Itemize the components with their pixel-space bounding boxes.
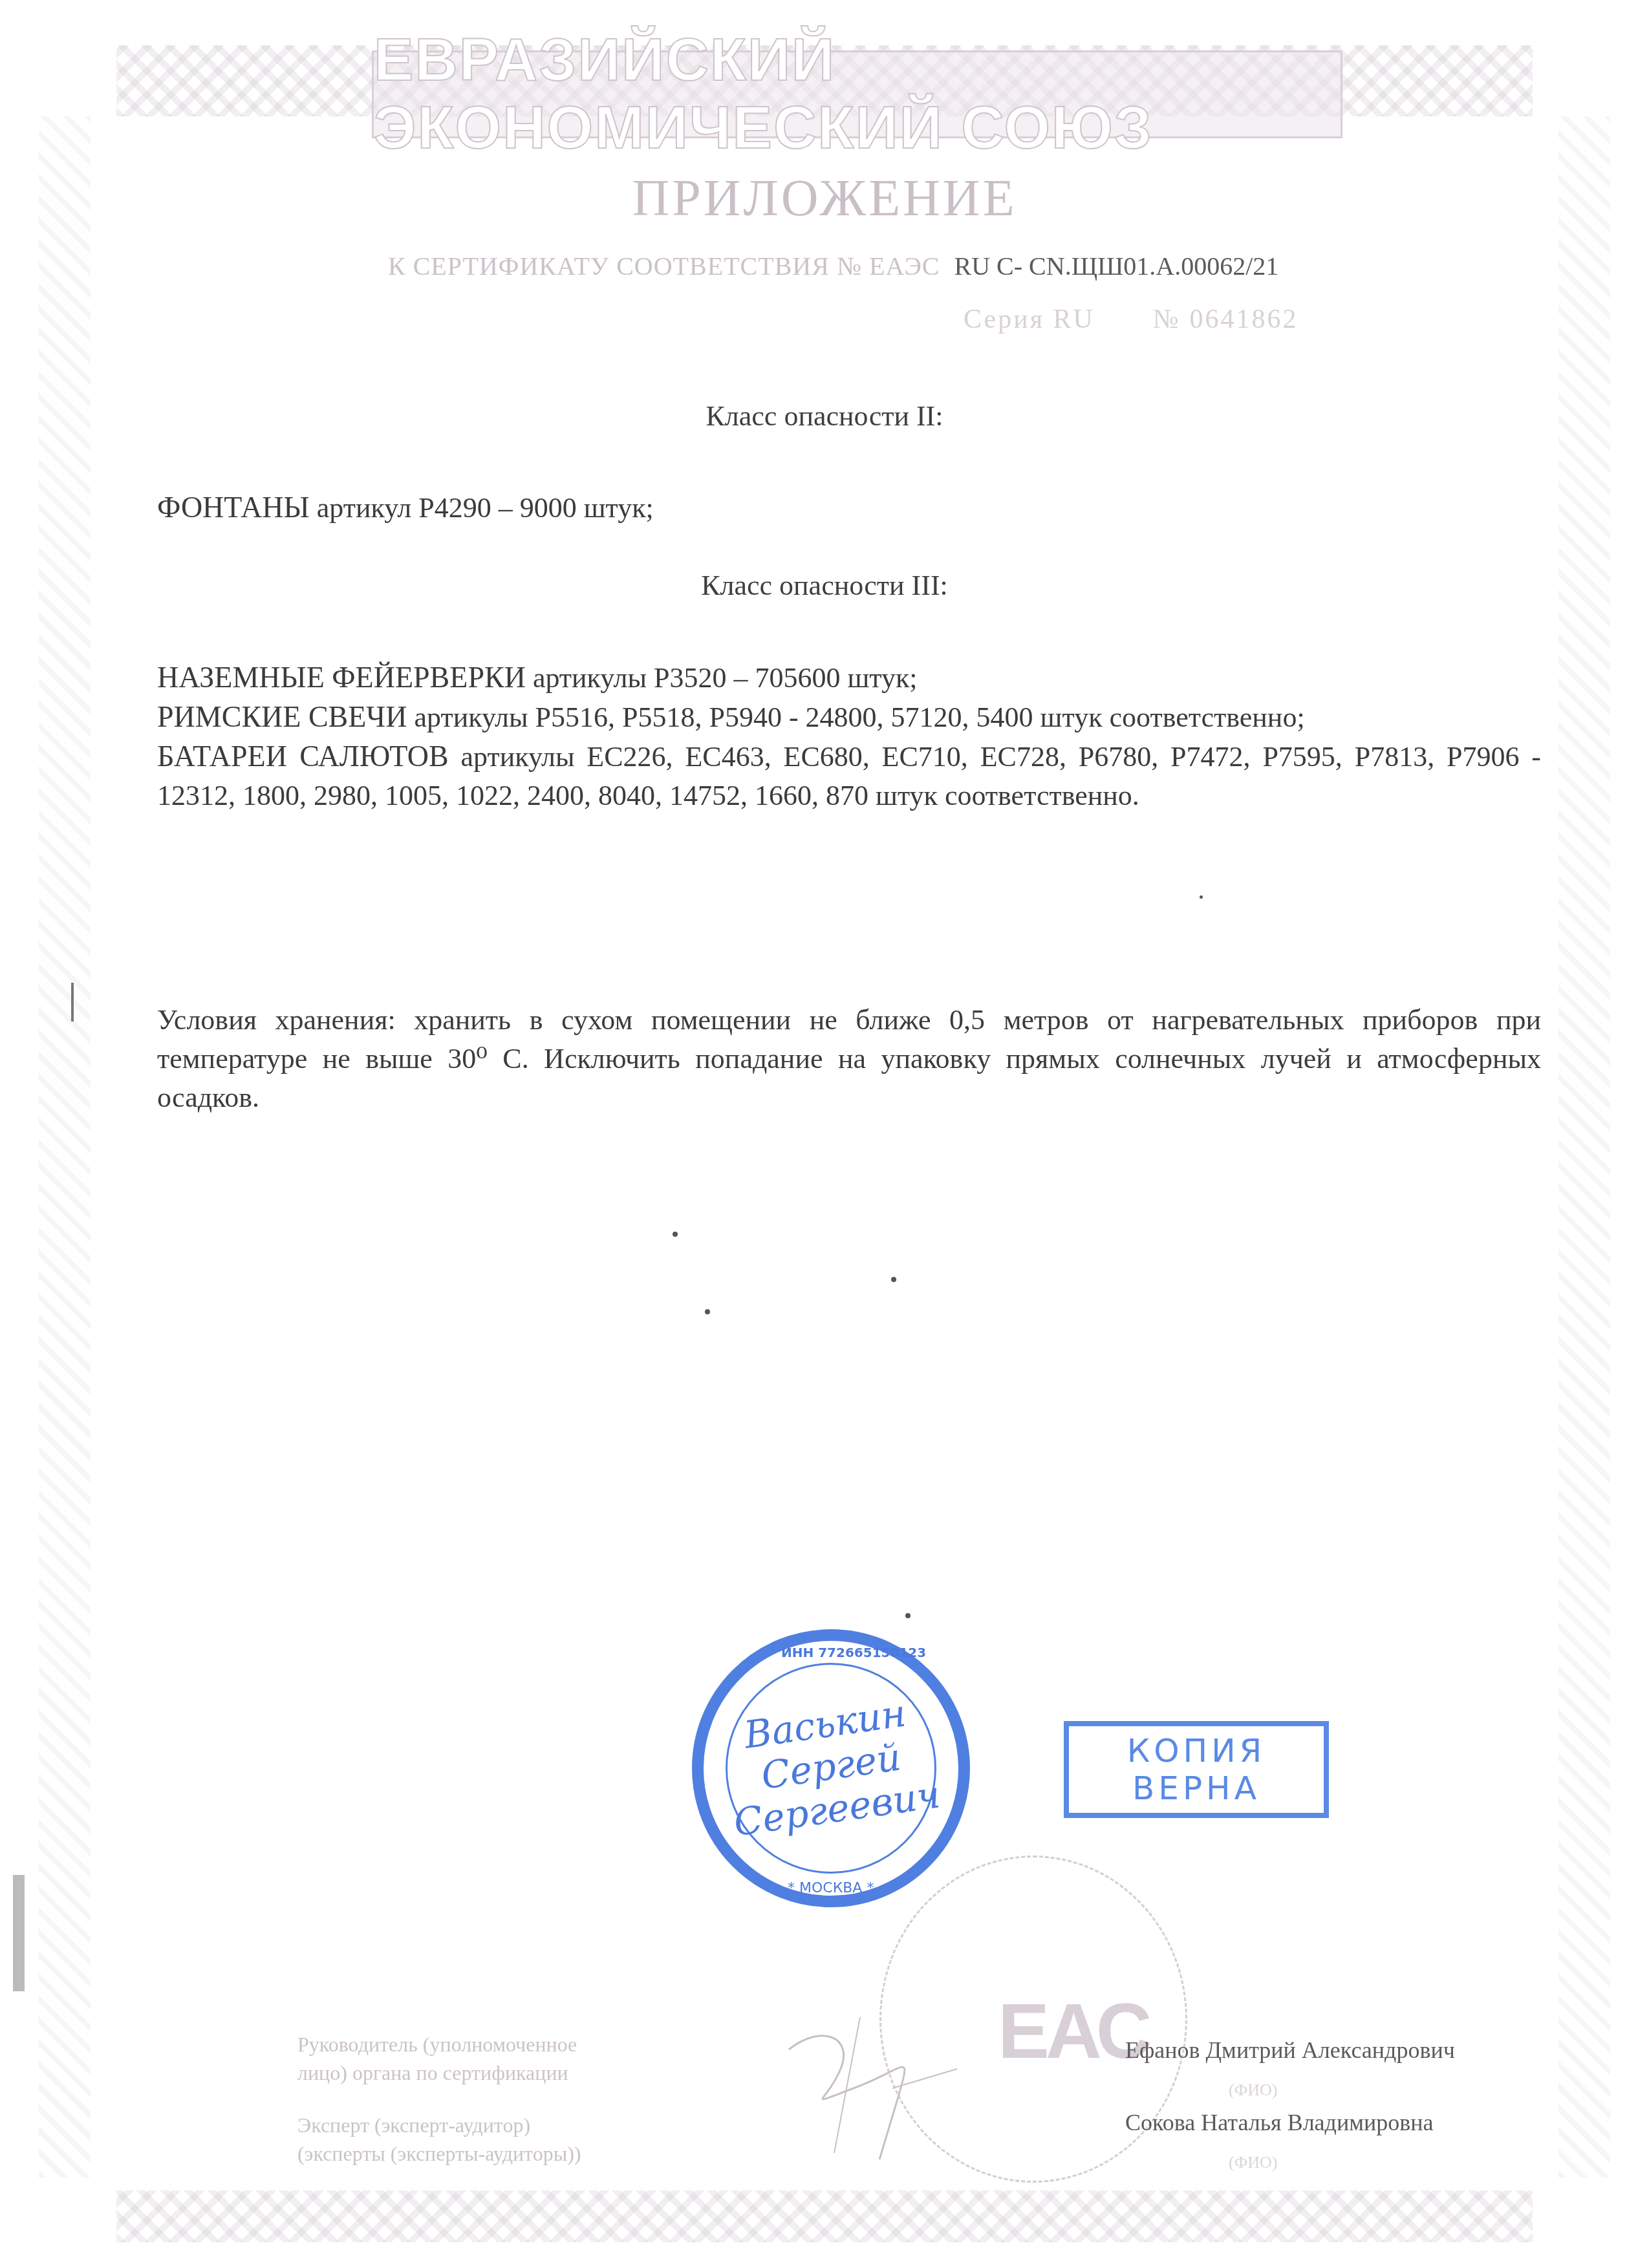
list-item: РИМСКИЕ СВЕЧИ артикулы P5516, P5518, P59… <box>157 698 1541 737</box>
list-item: НАЗЕМНЫЕ ФЕЙЕРВЕРКИ артикулы P3520 – 705… <box>157 658 1541 698</box>
scan-speck <box>673 1232 678 1237</box>
stamp-name: Васькин Сергей Сергеевич <box>696 1685 966 1848</box>
expert-label-line1: Эксперт (эксперт-аудитор) <box>297 2111 581 2139</box>
item-text: артикул P4290 – 9000 штук; <box>310 492 654 524</box>
decorative-border-bottom <box>116 2190 1533 2242</box>
class-2-list: ФОНТАНЫ артикул P4290 – 9000 штук; <box>157 488 1541 528</box>
scan-speck <box>1200 895 1203 899</box>
list-item: БАТАРЕИ САЛЮТОВ артикулы EC226, EC463, E… <box>157 737 1541 815</box>
series-line: Серия RU№ 0641862 <box>964 304 1298 335</box>
head-label-line1: Руководитель (уполномоченное <box>297 2030 577 2059</box>
head-signatory-label: Руководитель (уполномоченное лицо) орган… <box>297 2030 577 2087</box>
scan-speck <box>705 1309 710 1314</box>
copy-stamp-line1: КОПИЯ <box>1127 1732 1266 1770</box>
copy-certified-stamp: КОПИЯ ВЕРНА <box>1064 1721 1329 1818</box>
head-fio-caption: (ФИО) <box>1229 2081 1277 2100</box>
hazard-class-3-heading: Класс опасности III: <box>0 569 1649 602</box>
item-text: артикулы P3520 – 705600 штук; <box>526 662 918 694</box>
class-3-list: НАЗЕМНЫЕ ФЕЙЕРВЕРКИ артикулы P3520 – 705… <box>157 658 1541 815</box>
signature-icon <box>763 2011 970 2166</box>
entrepreneur-stamp: ИНН 772665150123 * МОСКВА * Васькин Серг… <box>692 1629 970 1907</box>
item-name: ФОНТАНЫ <box>157 491 310 524</box>
union-banner: ЕВРАЗИЙСКИЙ ЭКОНОМИЧЕСКИЙ СОЮЗ <box>372 50 1342 138</box>
certificate-number: RU C- CN.ЩШ01.А.00062/21 <box>954 251 1279 281</box>
list-item: ФОНТАНЫ артикул P4290 – 9000 штук; <box>157 488 1541 528</box>
item-name: БАТАРЕИ САЛЮТОВ <box>157 740 449 773</box>
head-label-line2: лицо) органа по сертификации <box>297 2059 577 2087</box>
item-name: РИМСКИЕ СВЕЧИ <box>157 700 407 733</box>
head-name: Ефанов Дмитрий Александрович <box>1125 2037 1455 2064</box>
stamp-city: * МОСКВА * <box>788 1880 874 1896</box>
expert-label-line2: (эксперты (эксперты-аудиторы)) <box>297 2139 581 2168</box>
scan-speck <box>905 1613 911 1618</box>
expert-name: Сокова Наталья Владимировна <box>1125 2109 1433 2136</box>
scan-edge-mark <box>71 983 74 1022</box>
expert-signatory-label: Эксперт (эксперт-аудитор) (эксперты (экс… <box>297 2111 581 2168</box>
scan-speck <box>891 1277 896 1282</box>
copy-stamp-line2: ВЕРНА <box>1132 1770 1260 1807</box>
certificate-line: К СЕРТИФИКАТУ СООТВЕТСТВИЯ № ЕАЭСRU C- C… <box>388 251 1278 281</box>
storage-text: Условия хранения: хранить в сухом помеще… <box>157 1001 1541 1117</box>
stamp-inn-text: ИНН 772665150123 <box>781 1645 926 1660</box>
hazard-class-2-heading: Класс опасности II: <box>0 400 1649 433</box>
expert-fio-caption: (ФИО) <box>1229 2153 1277 2172</box>
item-name: НАЗЕМНЫЕ ФЕЙЕРВЕРКИ <box>157 661 526 694</box>
certificate-label: К СЕРТИФИКАТУ СООТВЕТСТВИЯ № ЕАЭС <box>388 251 940 281</box>
item-text: артикулы P5516, P5518, P5940 - 24800, 57… <box>407 701 1304 733</box>
document-title: ПРИЛОЖЕНИЕ <box>0 169 1649 228</box>
series-number: № 0641862 <box>1153 305 1299 334</box>
storage-conditions: Условия хранения: хранить в сухом помеще… <box>157 1001 1541 1117</box>
scan-edge-mark <box>13 1875 25 1991</box>
series-label: Серия RU <box>964 305 1095 334</box>
